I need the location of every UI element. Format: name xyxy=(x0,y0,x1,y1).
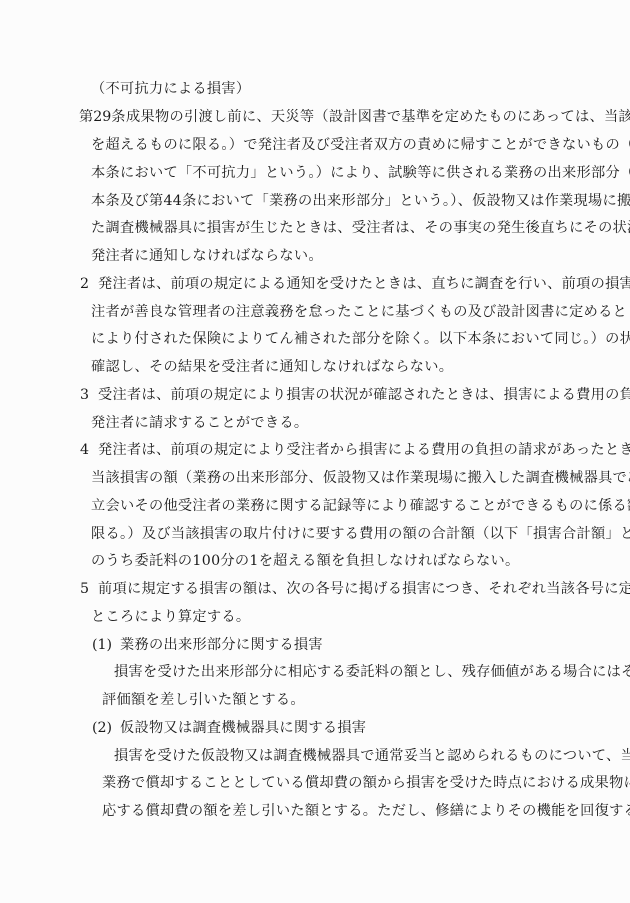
item-number: (2) xyxy=(92,718,112,738)
article-text-line: た調査機械器具に損害が生じたときは、受注者は、その事実の発生後直ちにその状況を xyxy=(91,218,630,238)
item-text-line: 評価額を差し引いた額とする。 xyxy=(102,690,305,710)
item-title: 業務の出来形部分に関する損害 xyxy=(120,635,323,655)
paragraph-number: 5 xyxy=(80,579,89,599)
paragraph-text-line: 発注者は、前項の規定により受注者から損害による費用の負担の請求があったときは、 xyxy=(98,440,630,460)
paragraph-text-line: 前項に規定する損害の額は、次の各号に掲げる損害につき、それぞれ当該各号に定める xyxy=(98,579,630,599)
paragraph-number: 3 xyxy=(80,385,89,405)
paragraph-text-line: 立会いその他受注者の業務に関する記録等により確認することができるものに係る額に xyxy=(91,496,630,516)
item-text-line: 業務で償却することとしている償却費の額から損害を受けた時点における成果物に相 xyxy=(102,773,630,793)
paragraph-text-line: 限る。）及び当該損害の取片付けに要する費用の額の合計額（以下「損害合計額」という… xyxy=(91,524,630,544)
paragraph-number: 4 xyxy=(80,440,89,460)
paragraph-text-line: 発注者は、前項の規定による通知を受けたときは、直ちに調査を行い、前項の損害（受 xyxy=(98,274,630,294)
article-text-line: 成果物の引渡し前に、天災等（設計図書で基準を定めたものにあっては、当該基準 xyxy=(126,107,630,127)
article-heading: （不可抗力による損害） xyxy=(91,79,250,99)
paragraph-text-line: により付された保険によりてん補された部分を除く。以下本条において同じ。）の状況を xyxy=(91,329,630,349)
paragraph-text-line: 確認し、その結果を受注者に通知しなければならない。 xyxy=(91,357,453,377)
paragraph-text-line: 当該損害の額（業務の出来形部分、仮設物又は作業現場に搬入した調査機械器具であって xyxy=(91,468,630,488)
item-text-line: 応する償却費の額を差し引いた額とする。ただし、修繕によりその機能を回復するこ xyxy=(102,801,630,821)
paragraph-text-line: 発注者に請求することができる。 xyxy=(91,413,308,433)
paragraph-text-line: 受注者は、前項の規定により損害の状況が確認されたときは、損害による費用の負担を xyxy=(98,385,630,405)
item-text-line: 損害を受けた出来形部分に相応する委託料の額とし、残存価値がある場合にはその xyxy=(114,662,630,682)
article-text-line: 本条及び第44条において「業務の出来形部分」という。）、仮設物又は作業現場に搬入… xyxy=(91,191,630,211)
paragraph-text-line: 注者が善良な管理者の注意義務を怠ったことに基づくもの及び設計図書に定めるところ xyxy=(91,302,630,322)
article-text-line: 発注者に通知しなければならない。 xyxy=(91,246,323,266)
document-page: （不可抗力による損害） 第29条 成果物の引渡し前に、天災等（設計図書で基準を定… xyxy=(0,0,630,903)
item-number: (1) xyxy=(92,635,112,655)
paragraph-text-line: ところにより算定する。 xyxy=(91,607,250,627)
paragraph-text-line: のうち委託料の100分の1を超える額を負担しなければならない。 xyxy=(91,551,519,571)
item-text-line: 損害を受けた仮設物又は調査機械器具で通常妥当と認められるものについて、当該 xyxy=(114,746,630,766)
paragraph-number: 2 xyxy=(80,274,89,294)
article-text-line: を超えるものに限る。）で発注者及び受注者双方の責めに帰すことができないもの（以下 xyxy=(91,135,630,155)
article-text-line: 本条において「不可抗力」という。）により、試験等に供される業務の出来形部分（以下 xyxy=(91,163,630,183)
article-number: 第29条 xyxy=(79,107,125,127)
item-title: 仮設物又は調査機械器具に関する損害 xyxy=(120,718,366,738)
